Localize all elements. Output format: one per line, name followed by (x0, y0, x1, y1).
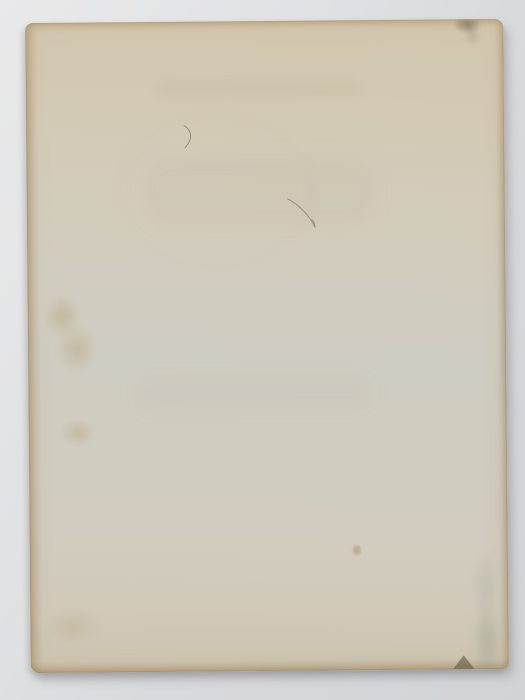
smudge-top-right (449, 19, 489, 47)
ghost-showthrough-lower (133, 375, 373, 411)
ghost-showthrough-line (156, 78, 361, 98)
fingerprint-stain-upper-left (45, 297, 96, 372)
fiber-mark-upper (184, 126, 191, 148)
photograph (0, 0, 525, 700)
ghost-showthrough-block (141, 155, 377, 227)
edge-browning-top (25, 19, 503, 32)
paper-warm-tone-overlay (25, 19, 509, 673)
ghost-showthrough-arc (118, 114, 313, 270)
fingerprint-stain-mid-left (56, 414, 102, 450)
mark-bottom-right-triangle (453, 655, 475, 669)
edge-browning-right (494, 19, 509, 669)
stain-lower-left (38, 601, 108, 652)
stain-bottom-right (468, 553, 503, 673)
fiber-mark-middle (288, 199, 315, 228)
edge-browning-left (25, 23, 43, 673)
speck-center (353, 545, 361, 555)
fiber-marks (25, 19, 509, 673)
edge-browning-bottom (31, 658, 509, 673)
booklet-back-cover (25, 19, 509, 673)
